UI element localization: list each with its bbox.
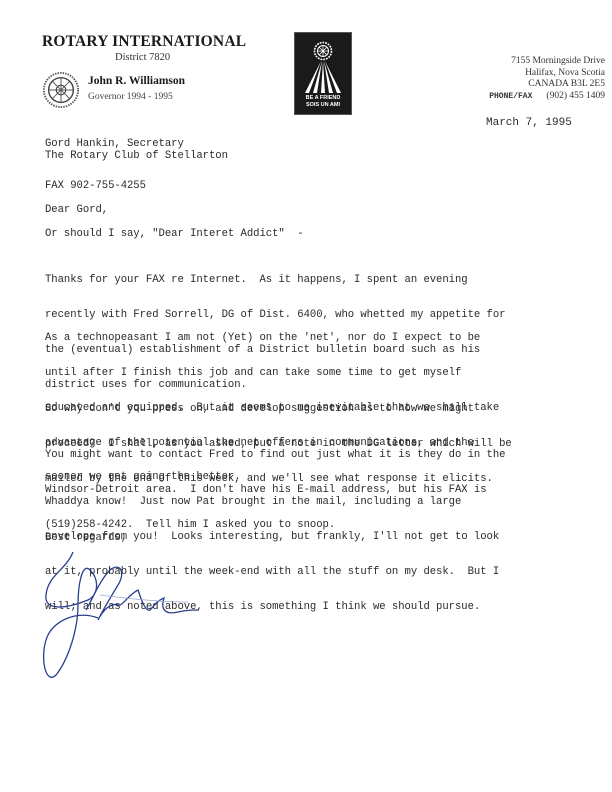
closing: Best regards, (45, 533, 127, 545)
phone-number: (902) 455 1409 (546, 91, 605, 101)
body-line: You might want to contact Fred to find o… (45, 450, 505, 462)
opening-line: Or should I say, "Dear Interet Addict" - (45, 229, 304, 241)
handwritten-signature (38, 550, 208, 680)
badge-line-1: BE A FRIEND (295, 95, 351, 101)
body-line: until after I finish this job and can ta… (45, 368, 499, 380)
governor-title: Governor 1994 - 1995 (88, 92, 173, 102)
salutation: Dear Gord, (45, 205, 108, 217)
body-line: So why don't you press on, and develop s… (45, 404, 512, 416)
organization-name: ROTARY INTERNATIONAL (42, 33, 246, 51)
phone-label: PHONE/FAX (489, 92, 532, 101)
governor-name: John R. Williamson (88, 75, 185, 87)
light-rays-icon (301, 61, 345, 93)
address-street: 7155 Morningside Drive (489, 56, 605, 68)
badge-line-2: SOIS UN AMI (295, 102, 351, 108)
recipient-name: Gord Hankin, Secretary (45, 139, 184, 151)
district-label: District 7820 (115, 52, 170, 63)
address-country-postal: CANADA B3L 2E5 (489, 79, 605, 91)
body-line: Thanks for your FAX re Internet. As it h… (45, 275, 505, 287)
rotary-seal-icon (42, 71, 80, 109)
body-line: As a technopeasant I am not (Yet) on the… (45, 333, 499, 345)
address-city: Halifax, Nova Scotia (489, 68, 605, 80)
recipient-organization: The Rotary Club of Stellarton (45, 151, 228, 163)
recipient-fax: FAX 902-755-4255 (45, 181, 146, 193)
be-a-friend-badge: BE A FRIEND SOIS UN AMI (294, 32, 352, 115)
address-phone-row: PHONE/FAX(902) 455 1409 (489, 91, 605, 103)
letter-date: March 7, 1995 (486, 117, 572, 129)
rotary-wheel-icon (313, 41, 333, 61)
body-line: Whaddya know! Just now Pat brought in th… (45, 497, 499, 509)
sender-address: 7155 Morningside Drive Halifax, Nova Sco… (489, 56, 605, 102)
